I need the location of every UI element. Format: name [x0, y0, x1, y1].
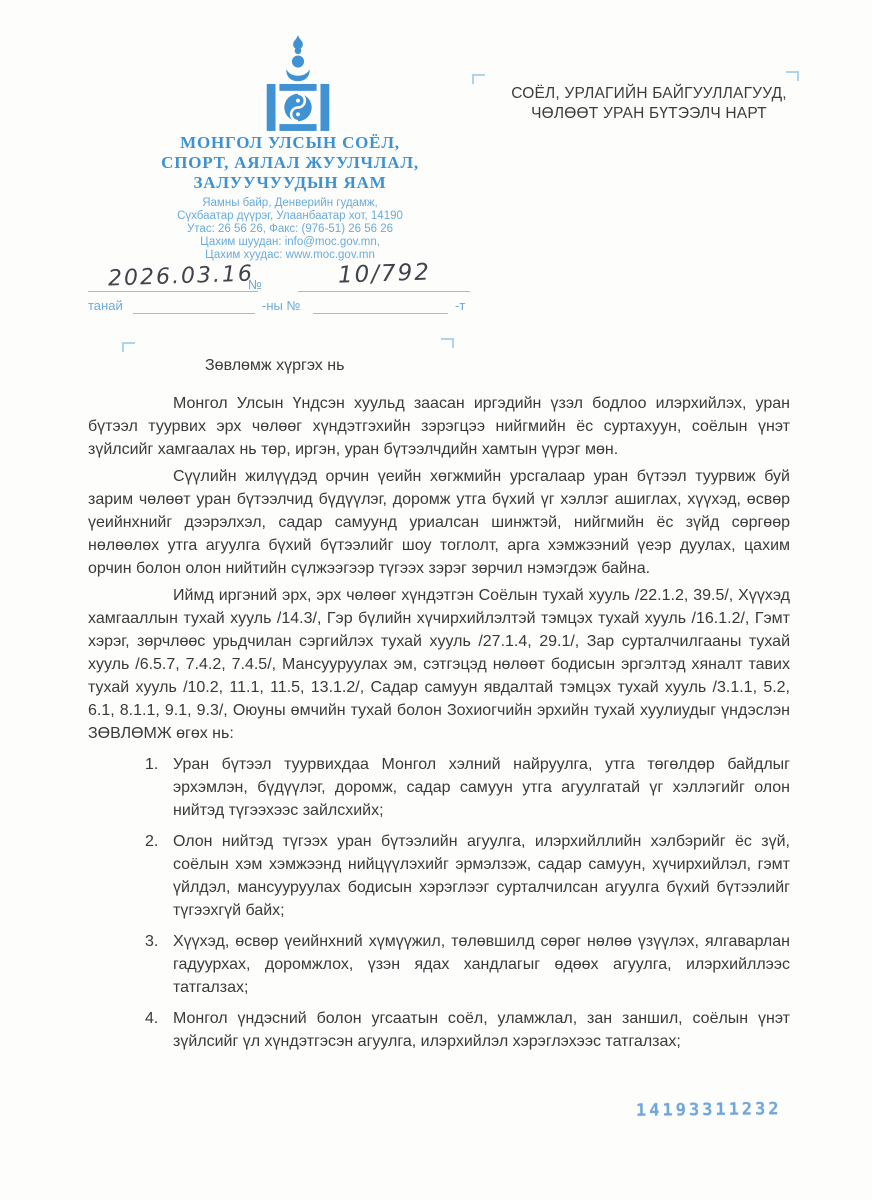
- letter-body: Зөвлөмж хүргэх нь Монгол Улсын Үндсэн ху…: [88, 354, 790, 1061]
- subject-line: Зөвлөмж хүргэх нь: [205, 354, 790, 377]
- bottom-bar: [279, 124, 316, 131]
- address-street: Яамны байр, Денверийн гудамж,: [110, 197, 470, 210]
- ref-mid-label: -ны №: [262, 298, 300, 313]
- left-bar: [267, 84, 276, 131]
- list-item-text: Олон нийтэд түгээх уран бүтээлийн агуулг…: [173, 830, 790, 922]
- number-symbol: №: [248, 277, 262, 292]
- ministry-name-line3: ЗАЛУУЧУУДЫН ЯАМ: [110, 173, 470, 193]
- fill-line: [298, 291, 470, 292]
- sun-icon: [292, 55, 304, 67]
- corner-mark-icon: [472, 74, 485, 84]
- list-item-number: 3.: [145, 930, 173, 999]
- top-bar: [279, 84, 316, 91]
- recommendation-list: 1. Уран бүтээл туурвихдаа Монгол хэлний …: [88, 753, 790, 1053]
- list-item-number: 1.: [145, 753, 173, 822]
- address-email: Цахим шуудан: info@moc.gov.mn,: [110, 236, 470, 249]
- corner-mark-icon: [786, 71, 799, 81]
- corner-mark-icon: [441, 338, 454, 348]
- recipient-line1: СОЁЛ, УРЛАГИЙН БАЙГУУЛЛАГУУД,: [483, 84, 815, 104]
- list-item-number: 4.: [145, 1007, 173, 1053]
- soyombo-logo: [254, 34, 342, 134]
- address-block: Яамны байр, Денверийн гудамж, Сүхбаатар …: [110, 197, 470, 262]
- handwritten-doc-number: 10/792: [338, 259, 432, 288]
- recipient-block: СОЁЛ, УРЛАГИЙН БАЙГУУЛЛАГУУД, ЧӨЛӨӨТ УРА…: [483, 84, 815, 124]
- body-paragraph-3: Иймд иргэний эрх, эрх чөлөөг хүндэтгэн С…: [88, 584, 790, 745]
- corner-mark-icon: [122, 342, 135, 352]
- list-item: 1. Уран бүтээл туурвихдаа Монгол хэлний …: [145, 753, 790, 822]
- ministry-name: МОНГОЛ УЛСЫН СОЁЛ, СПОРТ, АЯЛАЛ ЖУУЛЧЛАЛ…: [110, 133, 470, 193]
- right-bar: [320, 84, 329, 131]
- list-item: 3. Хүүхэд, өсвөр үеийнхний хүмүүжил, төл…: [145, 930, 790, 999]
- list-item: 4. Монгол үндэсний болон угсаатын соёл, …: [145, 1007, 790, 1053]
- ministry-name-line1: МОНГОЛ УЛСЫН СОЁЛ,: [110, 133, 470, 153]
- recipient-line2: ЧӨЛӨӨТ УРАН БҮТЭЭЛЧ НАРТ: [483, 104, 815, 124]
- soyombo-icon: [254, 34, 342, 134]
- body-paragraph-2: Сүүлийн жилүүдэд орчин үеийн хөгжмийн ур…: [88, 465, 790, 580]
- crescent-icon: [286, 69, 309, 81]
- list-item-number: 2.: [145, 830, 173, 922]
- address-phone-fax: Утас: 26 56 26, Факс: (976-51) 26 56 26: [110, 223, 470, 236]
- list-item-text: Уран бүтээл туурвихдаа Монгол хэлний най…: [173, 753, 790, 822]
- fill-line: [88, 291, 258, 292]
- ref-suffix-label: -т: [455, 298, 465, 313]
- ref-prefix-label: танай: [88, 298, 123, 313]
- flame-icon: [293, 35, 303, 49]
- list-item-text: Хүүхэд, өсвөр үеийнхний хүмүүжил, төлөвш…: [173, 930, 790, 999]
- list-item-text: Монгол үндэсний болон угсаатын соёл, ула…: [173, 1007, 790, 1053]
- fill-line: [133, 313, 255, 314]
- list-item: 2. Олон нийтэд түгээх уран бүтээлийн агу…: [145, 830, 790, 922]
- flame-dot: [295, 47, 302, 54]
- fill-line: [313, 313, 448, 314]
- scanned-letter-page: МОНГОЛ УЛСЫН СОЁЛ, СПОРТ, АЯЛАЛ ЖУУЛЧЛАЛ…: [0, 0, 872, 1200]
- body-paragraph-1: Монгол Улсын Үндсэн хуульд заасан иргэди…: [88, 392, 790, 461]
- address-city: Сүхбаатар дүүрэг, Улаанбаатар хот, 14190: [110, 210, 470, 223]
- handwritten-date: 2026.03.16: [108, 261, 255, 291]
- ministry-name-line2: СПОРТ, АЯЛАЛ ЖУУЛЧЛАЛ,: [110, 153, 470, 173]
- registration-stamp-number: 14193311232: [636, 1099, 782, 1121]
